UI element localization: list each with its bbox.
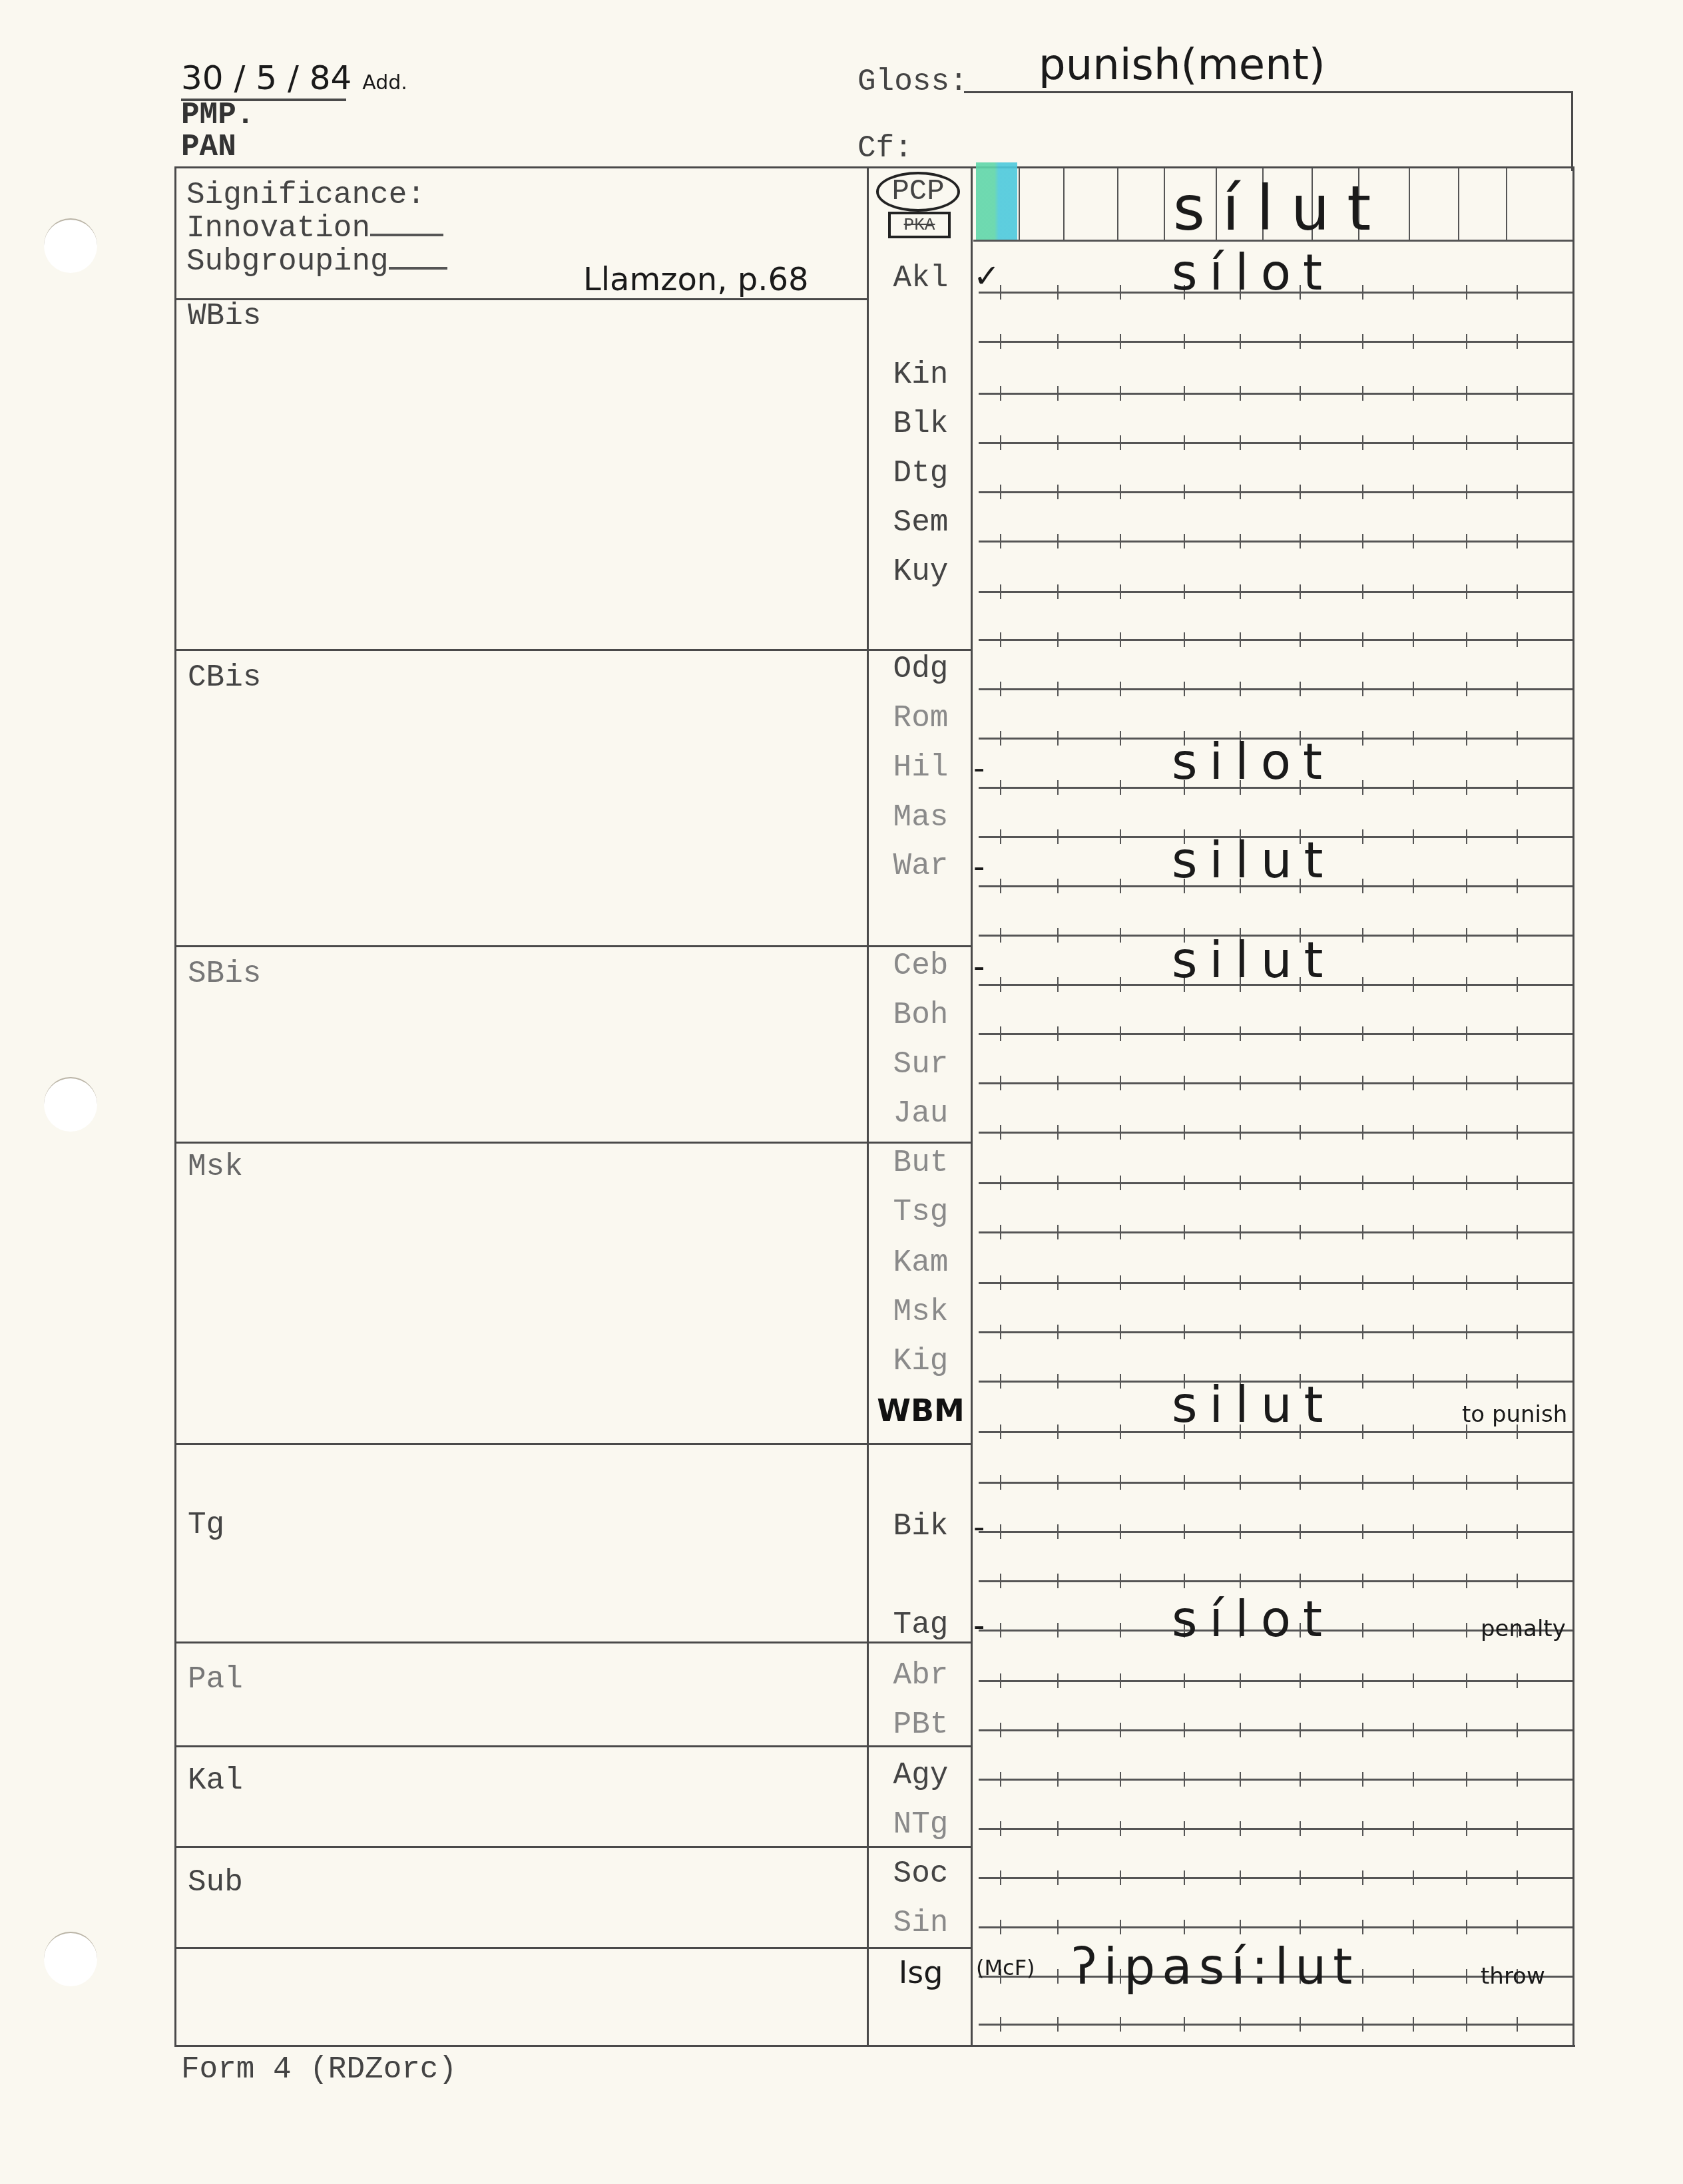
pka-struck-label: PKA — [888, 212, 951, 238]
proto-cell-divider — [1063, 168, 1065, 240]
frame-left — [174, 166, 176, 2047]
language-code-hil: Hil — [871, 752, 971, 783]
grid-tick — [1184, 682, 1185, 696]
grid-tick — [1362, 682, 1363, 696]
grid-tick — [1466, 829, 1467, 844]
grid-tick — [1057, 1920, 1059, 1934]
grid-tick — [1120, 1475, 1121, 1490]
grid-tick — [1057, 1374, 1059, 1389]
grid-tick — [1000, 1424, 1001, 1439]
language-code-dtg: Dtg — [871, 458, 971, 489]
grid-tick — [1466, 485, 1467, 499]
reflex-form: sílot — [1172, 1595, 1334, 1644]
grid-tick — [1413, 2017, 1414, 2032]
grid-tick — [1184, 1275, 1185, 1290]
language-code-isg: Isg — [871, 1957, 971, 1988]
grid-tick — [1517, 780, 1518, 795]
grid-tick — [1413, 1673, 1414, 1688]
grid-tick — [1120, 1870, 1121, 1885]
grid-tick — [1362, 632, 1363, 647]
grid-tick — [1000, 977, 1001, 992]
grid-tick — [1362, 1920, 1363, 1934]
language-code-mas: Mas — [871, 802, 971, 833]
grid-tick — [1466, 977, 1467, 992]
grid-tick — [1057, 435, 1059, 450]
grid-row-line — [979, 2024, 1572, 2026]
region-label-kal: Kal — [188, 1765, 243, 1796]
grid-tick — [1517, 2017, 1518, 2032]
pka-text: PKA — [904, 215, 935, 235]
grid-tick — [1120, 435, 1121, 450]
grid-tick — [1517, 386, 1518, 401]
grid-tick — [1120, 2017, 1121, 2032]
grid-tick — [1240, 1574, 1241, 1588]
language-code-sur: Sur — [871, 1049, 971, 1080]
grid-tick — [1184, 584, 1185, 599]
grid-tick — [1517, 1125, 1518, 1140]
grid-tick — [1362, 435, 1363, 450]
pcp-text: PCP — [891, 175, 944, 208]
grid-tick — [1362, 485, 1363, 499]
language-code-bik: Bik — [871, 1511, 971, 1542]
reflex-form: silut — [1172, 1381, 1335, 1430]
grid-tick — [1517, 435, 1518, 450]
grid-tick — [1120, 632, 1121, 647]
proto-cell-divider — [1409, 168, 1410, 240]
grid-row-line — [979, 688, 1572, 690]
grid-tick — [1000, 1225, 1001, 1239]
pcp-circled-label: PCP — [876, 172, 960, 212]
grid-tick — [1413, 534, 1414, 548]
language-code-sin: Sin — [871, 1908, 971, 1938]
grid-tick — [1413, 1623, 1414, 1638]
grid-tick — [1000, 584, 1001, 599]
grid-tick — [1120, 829, 1121, 844]
grid-tick — [1057, 1821, 1059, 1836]
region-divider — [174, 1745, 868, 1747]
grid-tick — [1466, 1723, 1467, 1737]
grid-tick — [1466, 682, 1467, 696]
reflex-gloss: throw — [1481, 1965, 1545, 1988]
grid-tick — [1517, 1772, 1518, 1787]
proto-cell-divider — [1506, 168, 1507, 240]
grid-tick — [1120, 928, 1121, 943]
grid-tick — [1057, 682, 1059, 696]
grid-tick — [1057, 1723, 1059, 1737]
grid-tick — [1300, 1723, 1301, 1737]
grid-tick — [1413, 977, 1414, 992]
grid-tick — [1413, 731, 1414, 746]
region-divider-stub — [867, 1846, 972, 1848]
grid-tick — [1120, 977, 1121, 992]
grid-tick — [1517, 1374, 1518, 1389]
dash-mark: - — [973, 1610, 985, 1641]
grid-tick — [1184, 334, 1185, 349]
grid-tick — [1000, 1125, 1001, 1140]
language-code-tag: Tag — [871, 1610, 971, 1640]
language-code-kuy: Kuy — [871, 556, 971, 587]
grid-tick — [1120, 1673, 1121, 1688]
grid-tick — [1362, 1475, 1363, 1490]
grid-tick — [1517, 485, 1518, 499]
grid-tick — [1517, 534, 1518, 548]
grid-row-line — [979, 1282, 1572, 1284]
grid-tick — [1362, 731, 1363, 746]
grid-tick — [1413, 1125, 1414, 1140]
grid-tick — [1240, 1673, 1241, 1688]
grid-tick — [1184, 1076, 1185, 1090]
language-code-msk: Msk — [871, 1297, 971, 1327]
punch-hole-top — [44, 218, 97, 273]
grid-tick — [1300, 1772, 1301, 1787]
grid-tick — [1300, 534, 1301, 548]
subgrouping-text: Subgrouping — [186, 244, 389, 279]
divider-left-lang — [867, 166, 869, 2047]
grid-tick — [1300, 1475, 1301, 1490]
grid-tick — [1057, 1969, 1059, 1984]
grid-tick — [1517, 632, 1518, 647]
grid-tick — [1057, 1275, 1059, 1290]
grid-tick — [1300, 1076, 1301, 1090]
reflex-form: silot — [1172, 738, 1334, 787]
dash-mark: - — [973, 951, 985, 983]
grid-tick — [1057, 1176, 1059, 1190]
language-code-sem: Sem — [871, 507, 971, 538]
grid-tick — [1000, 1176, 1001, 1190]
grid-tick — [1362, 1026, 1363, 1041]
grid-tick — [1362, 1673, 1363, 1688]
grid-tick — [1000, 928, 1001, 943]
grid-tick — [1466, 1623, 1467, 1638]
reflex-form: ʔipasí:lut — [1072, 1942, 1359, 1992]
grid-tick — [1120, 534, 1121, 548]
language-code-kin: Kin — [871, 359, 971, 390]
grid-tick — [1413, 1325, 1414, 1339]
grid-tick — [1000, 1325, 1001, 1339]
grid-tick — [1362, 1225, 1363, 1239]
grid-tick — [1413, 1424, 1414, 1439]
language-code-soc: Soc — [871, 1858, 971, 1889]
language-code-war: War — [871, 851, 971, 881]
grid-tick — [1184, 1723, 1185, 1737]
reflex-form: silut — [1172, 836, 1335, 885]
grid-tick — [1240, 1920, 1241, 1934]
grid-tick — [1362, 879, 1363, 893]
grid-tick — [1240, 435, 1241, 450]
grid-tick — [1300, 1325, 1301, 1339]
grid-tick — [1362, 1524, 1363, 1539]
grid-tick — [1413, 632, 1414, 647]
grid-tick — [1362, 1969, 1363, 1984]
region-divider — [174, 649, 868, 651]
proto-row-bottom — [973, 240, 1572, 242]
grid-tick — [1057, 1772, 1059, 1787]
grid-tick — [1000, 829, 1001, 844]
grid-tick — [1240, 1026, 1241, 1041]
checkmark-icon: ✓ — [973, 260, 1000, 292]
grid-tick — [1362, 584, 1363, 599]
grid-tick — [1362, 1574, 1363, 1588]
grid-tick — [1184, 534, 1185, 548]
grid-tick — [1300, 1176, 1301, 1190]
grid-tick — [1413, 1475, 1414, 1490]
grid-tick — [1057, 1424, 1059, 1439]
pmp-label: PMP. — [181, 100, 254, 130]
grid-tick — [1517, 1524, 1518, 1539]
grid-tick — [1517, 1325, 1518, 1339]
grid-tick — [1240, 1524, 1241, 1539]
grid-tick — [1120, 1723, 1121, 1737]
language-code-agy: Agy — [871, 1760, 971, 1791]
grid-tick — [1413, 584, 1414, 599]
region-divider — [174, 1641, 868, 1643]
grid-tick — [1057, 829, 1059, 844]
grid-tick — [1057, 632, 1059, 647]
grid-tick — [1413, 1524, 1414, 1539]
grid-tick — [1120, 682, 1121, 696]
grid-tick — [1517, 1475, 1518, 1490]
grid-tick — [1413, 1920, 1414, 1934]
grid-tick — [1466, 1920, 1467, 1934]
grid-tick — [1300, 2017, 1301, 2032]
grid-tick — [1517, 977, 1518, 992]
grid-tick — [1362, 334, 1363, 349]
grid-tick — [1240, 632, 1241, 647]
grid-tick — [1300, 1026, 1301, 1041]
grid-row-line — [979, 393, 1572, 395]
grid-tick — [1057, 1026, 1059, 1041]
grid-tick — [1184, 1125, 1185, 1140]
grid-tick — [1413, 485, 1414, 499]
grid-tick — [1184, 2017, 1185, 2032]
grid-tick — [1120, 1524, 1121, 1539]
punch-hole-bottom — [44, 1932, 97, 1986]
subgrouping-blank[interactable] — [389, 267, 447, 270]
grid-tick — [1413, 1225, 1414, 1239]
region-divider — [174, 1443, 868, 1445]
region-label-pal: Pal — [188, 1664, 243, 1695]
grid-tick — [1120, 1574, 1121, 1588]
grid-row-line — [979, 1082, 1572, 1084]
grid-tick — [1517, 1026, 1518, 1041]
grid-tick — [1517, 1275, 1518, 1290]
grid-tick — [1362, 1125, 1363, 1140]
grid-tick — [1300, 682, 1301, 696]
grid-tick — [1300, 1920, 1301, 1934]
reflex-gloss: penalty — [1481, 1618, 1566, 1640]
grid-tick — [1000, 1574, 1001, 1588]
grid-tick — [1120, 1424, 1121, 1439]
grid-tick — [1362, 780, 1363, 795]
grid-tick — [1120, 731, 1121, 746]
grid-tick — [1057, 977, 1059, 992]
grid-tick — [1362, 534, 1363, 548]
grid-tick — [1466, 1026, 1467, 1041]
grid-row-line — [979, 1877, 1572, 1879]
region-label-wbis: WBis — [188, 301, 261, 331]
grid-tick — [1466, 1673, 1467, 1688]
grid-tick — [1000, 1076, 1001, 1090]
grid-tick — [1466, 1374, 1467, 1389]
proto-form: sílut — [1173, 178, 1388, 240]
grid-tick — [1184, 485, 1185, 499]
grid-tick — [1000, 534, 1001, 548]
grid-tick — [1184, 386, 1185, 401]
grid-tick — [1466, 879, 1467, 893]
grid-tick — [1000, 334, 1001, 349]
grid-tick — [1240, 1325, 1241, 1339]
grid-row-line — [979, 1828, 1572, 1830]
grid-tick — [1300, 1821, 1301, 1836]
grid-tick — [1466, 584, 1467, 599]
language-code-kam: Kam — [871, 1247, 971, 1278]
pan-label: PAN — [181, 132, 236, 162]
language-code-jau: Jau — [871, 1098, 971, 1129]
grid-tick — [1184, 1524, 1185, 1539]
grid-tick — [1057, 386, 1059, 401]
innovation-blank[interactable] — [370, 234, 443, 236]
grid-tick — [1362, 1723, 1363, 1737]
grid-tick — [1057, 285, 1059, 300]
grid-tick — [1362, 1870, 1363, 1885]
grid-tick — [1000, 1026, 1001, 1041]
grid-tick — [1466, 534, 1467, 548]
language-code-blk: Blk — [871, 409, 971, 439]
grid-tick — [1517, 1821, 1518, 1836]
proto-cell-divider — [1458, 168, 1459, 240]
grid-tick — [1362, 1623, 1363, 1638]
grid-tick — [1517, 1176, 1518, 1190]
grid-tick — [1300, 1673, 1301, 1688]
frame-bottom — [174, 2045, 1575, 2047]
grid-tick — [1240, 1475, 1241, 1490]
grid-tick — [1517, 731, 1518, 746]
grid-tick — [1057, 1475, 1059, 1490]
grid-tick — [1057, 879, 1059, 893]
language-code-ntg: NTg — [871, 1809, 971, 1840]
grid-tick — [1057, 731, 1059, 746]
grid-row-line — [979, 341, 1572, 343]
region-divider-stub — [867, 945, 972, 947]
significance-title: Significance: — [186, 180, 425, 210]
grid-tick — [1362, 1374, 1363, 1389]
grid-row-line — [979, 442, 1572, 444]
grid-tick — [1240, 584, 1241, 599]
grid-row-line — [979, 1482, 1572, 1484]
grid-tick — [1413, 435, 1414, 450]
grid-tick — [1000, 1524, 1001, 1539]
grid-tick — [1517, 334, 1518, 349]
subgrouping-label: Subgrouping — [186, 246, 447, 277]
language-code-pbt: PBt — [871, 1709, 971, 1740]
grid-tick — [1000, 1623, 1001, 1638]
grid-tick — [1517, 285, 1518, 300]
grid-tick — [1184, 1026, 1185, 1041]
grid-tick — [1413, 1723, 1414, 1737]
grid-tick — [1413, 1275, 1414, 1290]
region-divider — [174, 945, 868, 947]
grid-tick — [1120, 780, 1121, 795]
grid-tick — [1120, 386, 1121, 401]
grid-tick — [1466, 334, 1467, 349]
grid-tick — [1000, 485, 1001, 499]
significance-bottom — [174, 298, 868, 300]
grid-tick — [1300, 1275, 1301, 1290]
region-label-tg: Tg — [188, 1510, 224, 1540]
grid-tick — [1120, 1920, 1121, 1934]
grid-row-line — [979, 1729, 1572, 1731]
grid-tick — [1413, 1821, 1414, 1836]
grid-tick — [1120, 485, 1121, 499]
grid-tick — [1057, 1574, 1059, 1588]
grid-tick — [1057, 1125, 1059, 1140]
language-code-tsg: Tsg — [871, 1197, 971, 1227]
grid-tick — [1466, 1275, 1467, 1290]
frame-right — [1572, 166, 1574, 2047]
dash-mark: - — [973, 1511, 985, 1543]
grid-tick — [1413, 1870, 1414, 1885]
grid-row-line — [979, 1531, 1572, 1533]
grid-tick — [1184, 1821, 1185, 1836]
grid-tick — [1000, 1723, 1001, 1737]
grid-tick — [1240, 1723, 1241, 1737]
region-divider-stub — [867, 649, 972, 651]
grid-tick — [1517, 829, 1518, 844]
grid-tick — [1362, 829, 1363, 844]
gloss-label: Gloss: — [857, 67, 968, 97]
grid-tick — [1413, 1076, 1414, 1090]
grid-tick — [1240, 485, 1241, 499]
grid-tick — [1466, 632, 1467, 647]
grid-tick — [1300, 1225, 1301, 1239]
grid-tick — [1362, 1275, 1363, 1290]
grid-row-line — [979, 1580, 1572, 1582]
proto-cell-divider — [1019, 168, 1020, 240]
grid-tick — [1184, 1574, 1185, 1588]
grid-tick — [1120, 1076, 1121, 1090]
grid-tick — [1240, 682, 1241, 696]
language-code-rom: Rom — [871, 703, 971, 734]
grid-tick — [1517, 1076, 1518, 1090]
gloss-underline — [964, 91, 1572, 93]
grid-row-line — [979, 1680, 1572, 1682]
grid-tick — [1184, 1225, 1185, 1239]
grid-tick — [1517, 1225, 1518, 1239]
grid-tick — [1184, 1325, 1185, 1339]
grid-tick — [1362, 386, 1363, 401]
grid-tick — [1057, 334, 1059, 349]
grid-tick — [1413, 928, 1414, 943]
grid-tick — [1466, 1969, 1467, 1984]
grid-tick — [1300, 1870, 1301, 1885]
grid-tick — [1466, 285, 1467, 300]
grid-tick — [1362, 1424, 1363, 1439]
grid-tick — [1000, 1374, 1001, 1389]
grid-tick — [1466, 1076, 1467, 1090]
grid-tick — [1413, 1026, 1414, 1041]
grid-tick — [1120, 584, 1121, 599]
grid-tick — [1000, 731, 1001, 746]
grid-row-line — [979, 1926, 1572, 1928]
language-code-wbm: WBM — [871, 1395, 971, 1426]
grid-tick — [1120, 1374, 1121, 1389]
grid-tick — [1300, 1574, 1301, 1588]
grid-row-line — [979, 1331, 1572, 1333]
language-code-odg: Odg — [871, 654, 971, 684]
grid-tick — [1000, 1673, 1001, 1688]
grid-tick — [1184, 1673, 1185, 1688]
region-divider-stub — [867, 1947, 972, 1949]
